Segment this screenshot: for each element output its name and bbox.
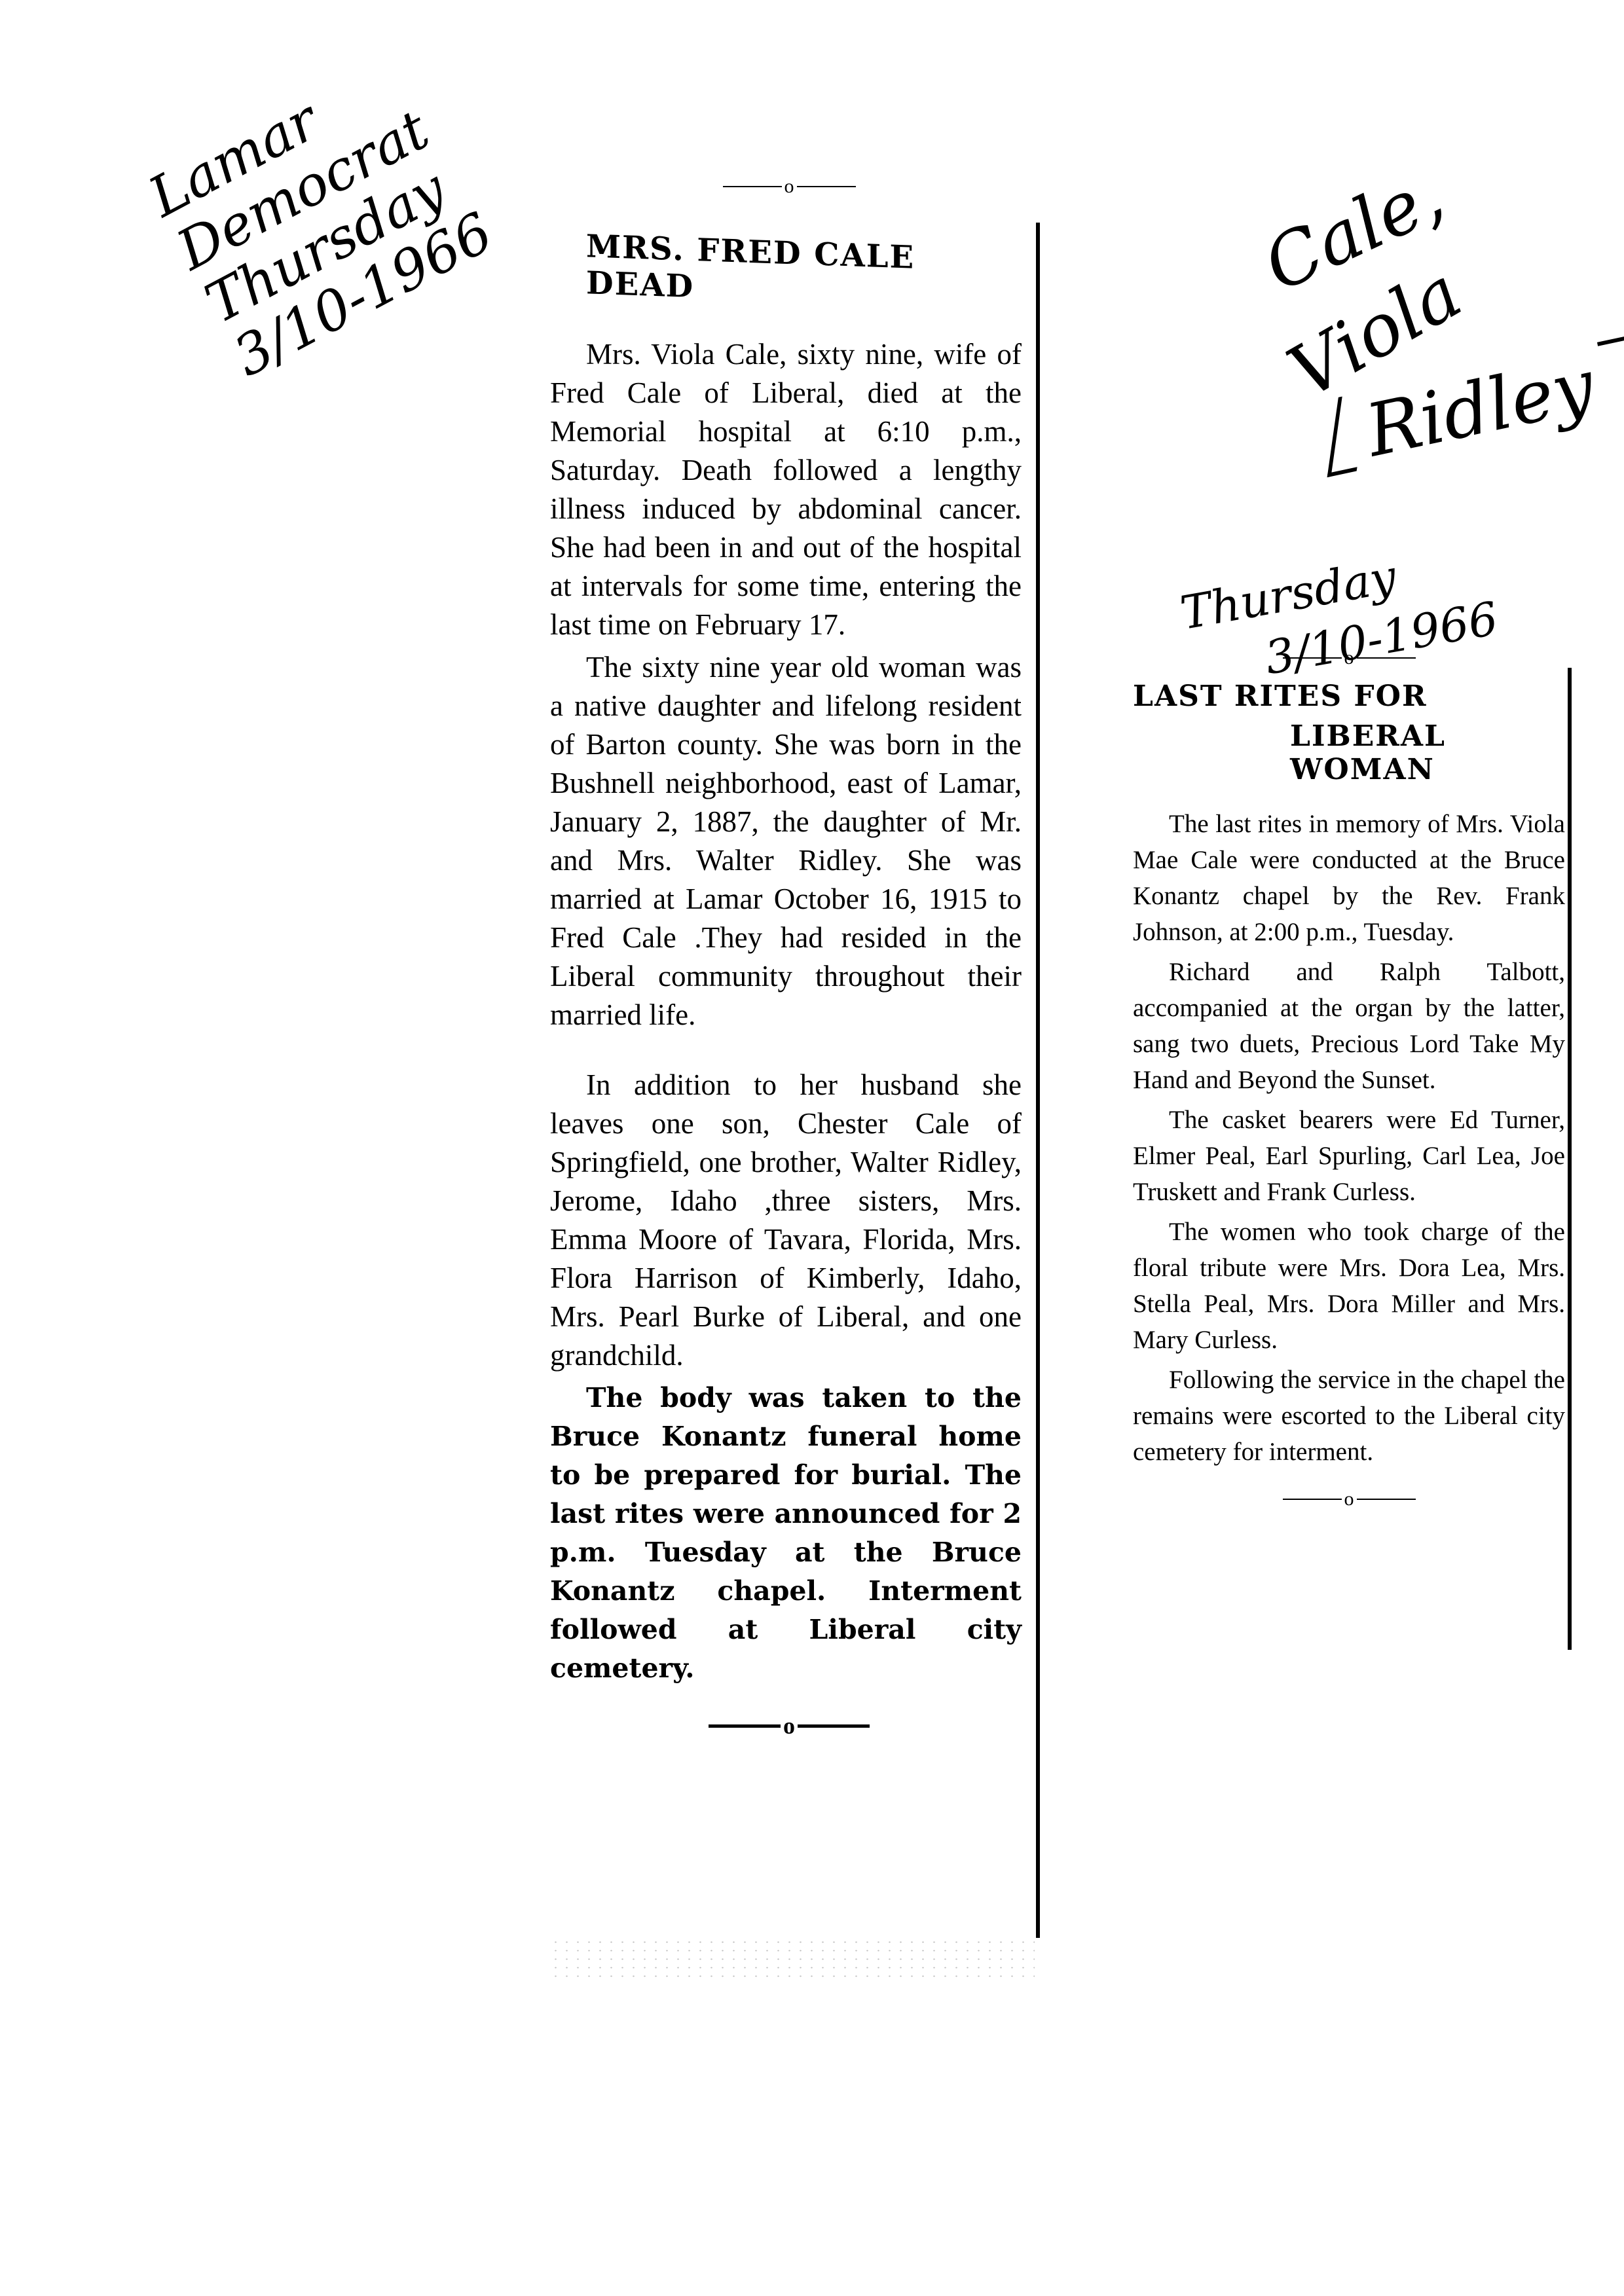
handwritten-source-note: Lamar Democrat Thursday 3/10-1966 [141,45,503,390]
divider-rule [1357,1499,1416,1500]
end-divider: o [550,1714,1028,1738]
divider-ornament: o [783,1714,795,1738]
article-paragraph: The casket bearers were Ed Turner, Elmer… [1133,1102,1565,1210]
article-headline-line2: LIBERAL WOMAN [1290,720,1565,786]
divider-rule [709,1724,781,1728]
section-divider: o [1133,648,1565,668]
bracket-right-mark [1597,335,1624,416]
article-paragraph: In addition to her husband she leaves on… [550,1066,1022,1375]
divider-rule [1357,657,1416,659]
divider-rule [797,186,856,187]
article-paragraph: The women who took charge of the floral … [1133,1214,1565,1358]
article-paragraph: The body was taken to the Bruce Konantz … [550,1379,1022,1688]
divider-rule [723,186,782,187]
bracket-left-mark [1327,391,1368,477]
article-paragraph: Following the service in the chapel the … [1133,1362,1565,1470]
article-paragraph: Richard and Ralph Talbott, accompanied a… [1133,954,1565,1098]
funeral-clipping: o LAST RITES FOR LIBERAL WOMAN The last … [1133,648,1565,1509]
obituary-clipping: o MRS. FRED CALE DEAD Mrs. Viola Cale, s… [550,177,1028,1738]
divider-ornament: o [1344,648,1354,668]
divider-rule [1283,1499,1342,1500]
clipping-edge [1036,223,1040,1938]
clipping-edge [1568,668,1572,1650]
divider-rule [798,1724,870,1728]
article-headline: MRS. FRED CALE DEAD [586,228,1028,317]
article-paragraph: The sixty nine year old woman was a nati… [550,648,1022,1034]
end-divider: o [1133,1489,1565,1509]
handwritten-name-note: Cale, Viola Ridley [1211,151,1624,443]
article-headline-line1: LAST RITES FOR [1133,680,1565,713]
divider-rule [1283,657,1342,659]
handwritten-date-note: Thursday 3/10-1966 [1179,563,1499,661]
scan-noise [550,1938,1035,1984]
divider-ornament: o [1344,1489,1354,1509]
article-paragraph: The last rites in memory of Mrs. Viola M… [1133,806,1565,950]
article-paragraph: Mrs. Viola Cale, sixty nine, wife of Fre… [550,335,1022,644]
divider-ornament: o [784,177,794,196]
section-divider: o [550,177,1028,196]
